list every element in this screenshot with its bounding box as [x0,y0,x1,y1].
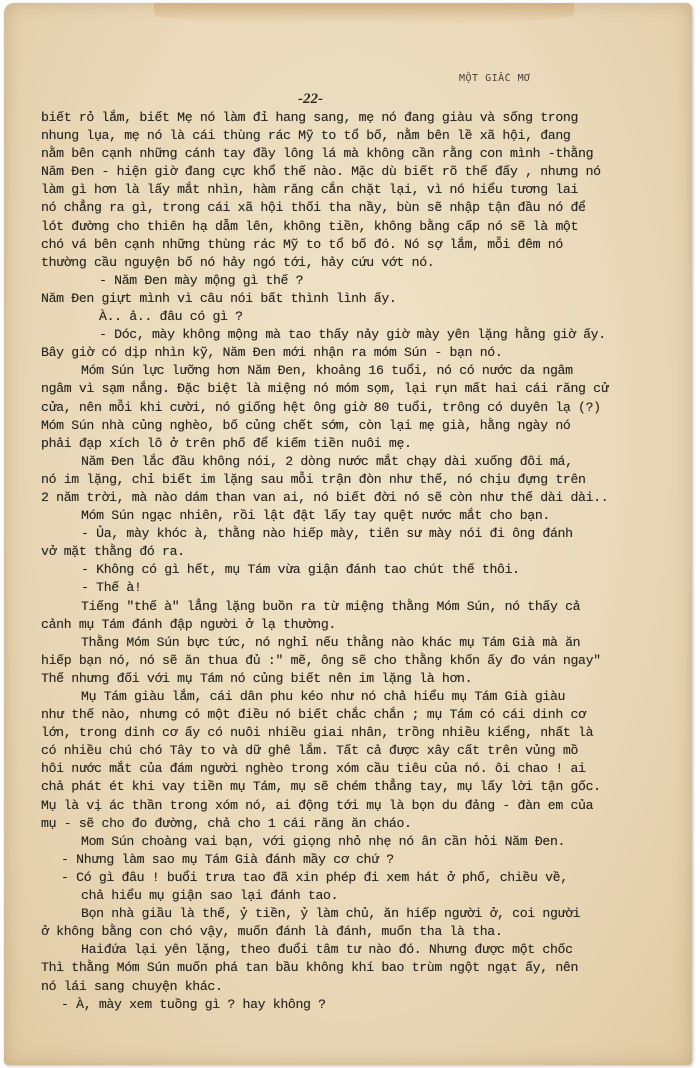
text-line: ở không bằng con chó vậy, muốn đánh là đ… [41,923,681,941]
text-line: Bây giờ có dịp nhìn kỹ, Năm Đen mới nhận… [41,344,681,362]
text-line: nhung lụa, mẹ nó là cái thùng rác Mỹ to … [41,127,681,145]
text-line: biết rỏ lắm, biết Mẹ nó làm đỉ hang sang… [41,109,681,127]
text-line: hiếp bạn nó, nó sẽ ăn thua đủ :" mẽ, ông… [41,652,681,670]
text-line: lót đường cho thiên hạ dẫm lên, không ti… [41,218,681,236]
text-line: Mom Sún choàng vai bạn, với giọng nhỏ nh… [41,833,681,851]
text-line: Tiếng "thế à" lẳng lặng buồn ra từ miệng… [41,598,681,616]
text-line: cửa, nên mỗi khi cười, nó giống hệt ông … [41,399,681,417]
text-line: - Nhưng làm sao mụ Tám Già đánh mầy cơ c… [41,851,681,869]
text-line: như thế nào, nhưng có một điều nó biết c… [41,706,681,724]
text-line: chả phát ét khi vay tiền mụ Tám, mụ sẽ c… [41,778,681,796]
text-line: Haiđứa lại yên lặng, theo đuổi tâm tư nà… [41,941,681,959]
text-line: Mụ là vị ác thần trong xóm nó, ai động t… [41,797,681,815]
text-line: Năm Đen lắc đầu không nói, 2 dòng nước m… [41,453,681,471]
text-line: làm gì hơn là lấy mắt nhìn, hàm răng cắn… [41,181,681,199]
text-line: - Dóc, mày không mộng mà tao thấy nảy gi… [41,326,681,344]
text-line: nó im lặng, chỉ biết im lặng sau mỗi trậ… [41,471,681,489]
text-line: Thế nhưng đối với mụ Tám nó củng biết nê… [41,670,681,688]
text-line: nó chẳng ra gì, trong cái xã hội thối th… [41,199,681,217]
text-line: - Ủa, mày khóc à, thằng nào hiếp mày, ti… [41,525,681,543]
text-line: vở mặt thằng đó ra. [41,543,681,561]
text-line: mụ - sẽ cho đo đường, chả cho 1 cái răng… [41,815,681,833]
text-line: Móm Sún ngạc nhiên, rồi lật đật lấy tay … [41,507,681,525]
text-line: Mụ Tám giàu lắm, cái dân phu kéo như nó … [41,688,681,706]
page-number: -22- [298,91,323,108]
typewritten-page: MỘT GIẤC MƠ -22- biết rỏ lắm, biết Mẹ nó… [4,3,692,1065]
text-line: thường cầu nguyện bố nó hảy ngó tới, hảy… [41,254,681,272]
text-line: lớn, trong dinh cơ ấy có nuôi nhiều giai… [41,724,681,742]
text-line: Thằng Móm Sún bực tức, nó nghỉ nếu thằng… [41,634,681,652]
text-line: - Năm Đen mày mộng gì thế ? [41,272,681,290]
text-line: cảnh mụ Tám đánh đập người ở lạ thường. [41,616,681,634]
text-line: - À, mày xem tuồng gì ? hay không ? [41,996,681,1014]
text-line: À.. ả.. đâu có gì ? [41,308,681,326]
text-line: nằm bên cạnh những cánh tay đầy lông lá … [41,145,681,163]
text-line: Thì thằng Móm Sún muốn phá tan bầu không… [41,959,681,977]
text-line: ngâm vì sạm nắng. Đặc biệt là miệng nó m… [41,380,681,398]
text-line: - Có gì đâu ! buổi trưa tao đã xin phép … [41,869,681,887]
body-text: biết rỏ lắm, biết Mẹ nó làm đỉ hang sang… [41,109,681,1014]
text-line: hôi nước mắt của đám người nghèo trong x… [41,760,681,778]
text-line: có nhiều chú chó Tây to và dữ ghê lắm. T… [41,742,681,760]
text-line: 2 năm trời, mà nào dám than van ai, nó b… [41,489,681,507]
text-line: - Thế à! [41,579,681,597]
text-line: - Không có gì hết, mụ Tám vừa giận đánh … [41,561,681,579]
running-head: MỘT GIẤC MƠ [459,73,531,84]
text-line: Năm Đen giựt mình vì câu nói bất thình l… [41,290,681,308]
text-line: chả hiểu mụ giận sao lại đánh tao. [41,887,681,905]
text-line: Móm Sún nhà củng nghèo, bố củng chết sớm… [41,417,681,435]
text-line: Móm Sún lực lưỡng hơn Năm Đen, khoảng 16… [41,362,681,380]
text-line: phải đạp xích lô ở trên phố để kiếm tiền… [41,435,681,453]
text-line: chó vá bên cạnh những thùng rác Mỹ to tổ… [41,236,681,254]
text-line: Năm Đen - hiện giờ đang cực khổ thế nào.… [41,163,681,181]
paper-stain [154,3,574,25]
text-line: nó lái sang chuyện khác. [41,978,681,996]
text-line: Bọn nhà giầu là thế, ỷ tiền, ỷ làm chủ, … [41,905,681,923]
